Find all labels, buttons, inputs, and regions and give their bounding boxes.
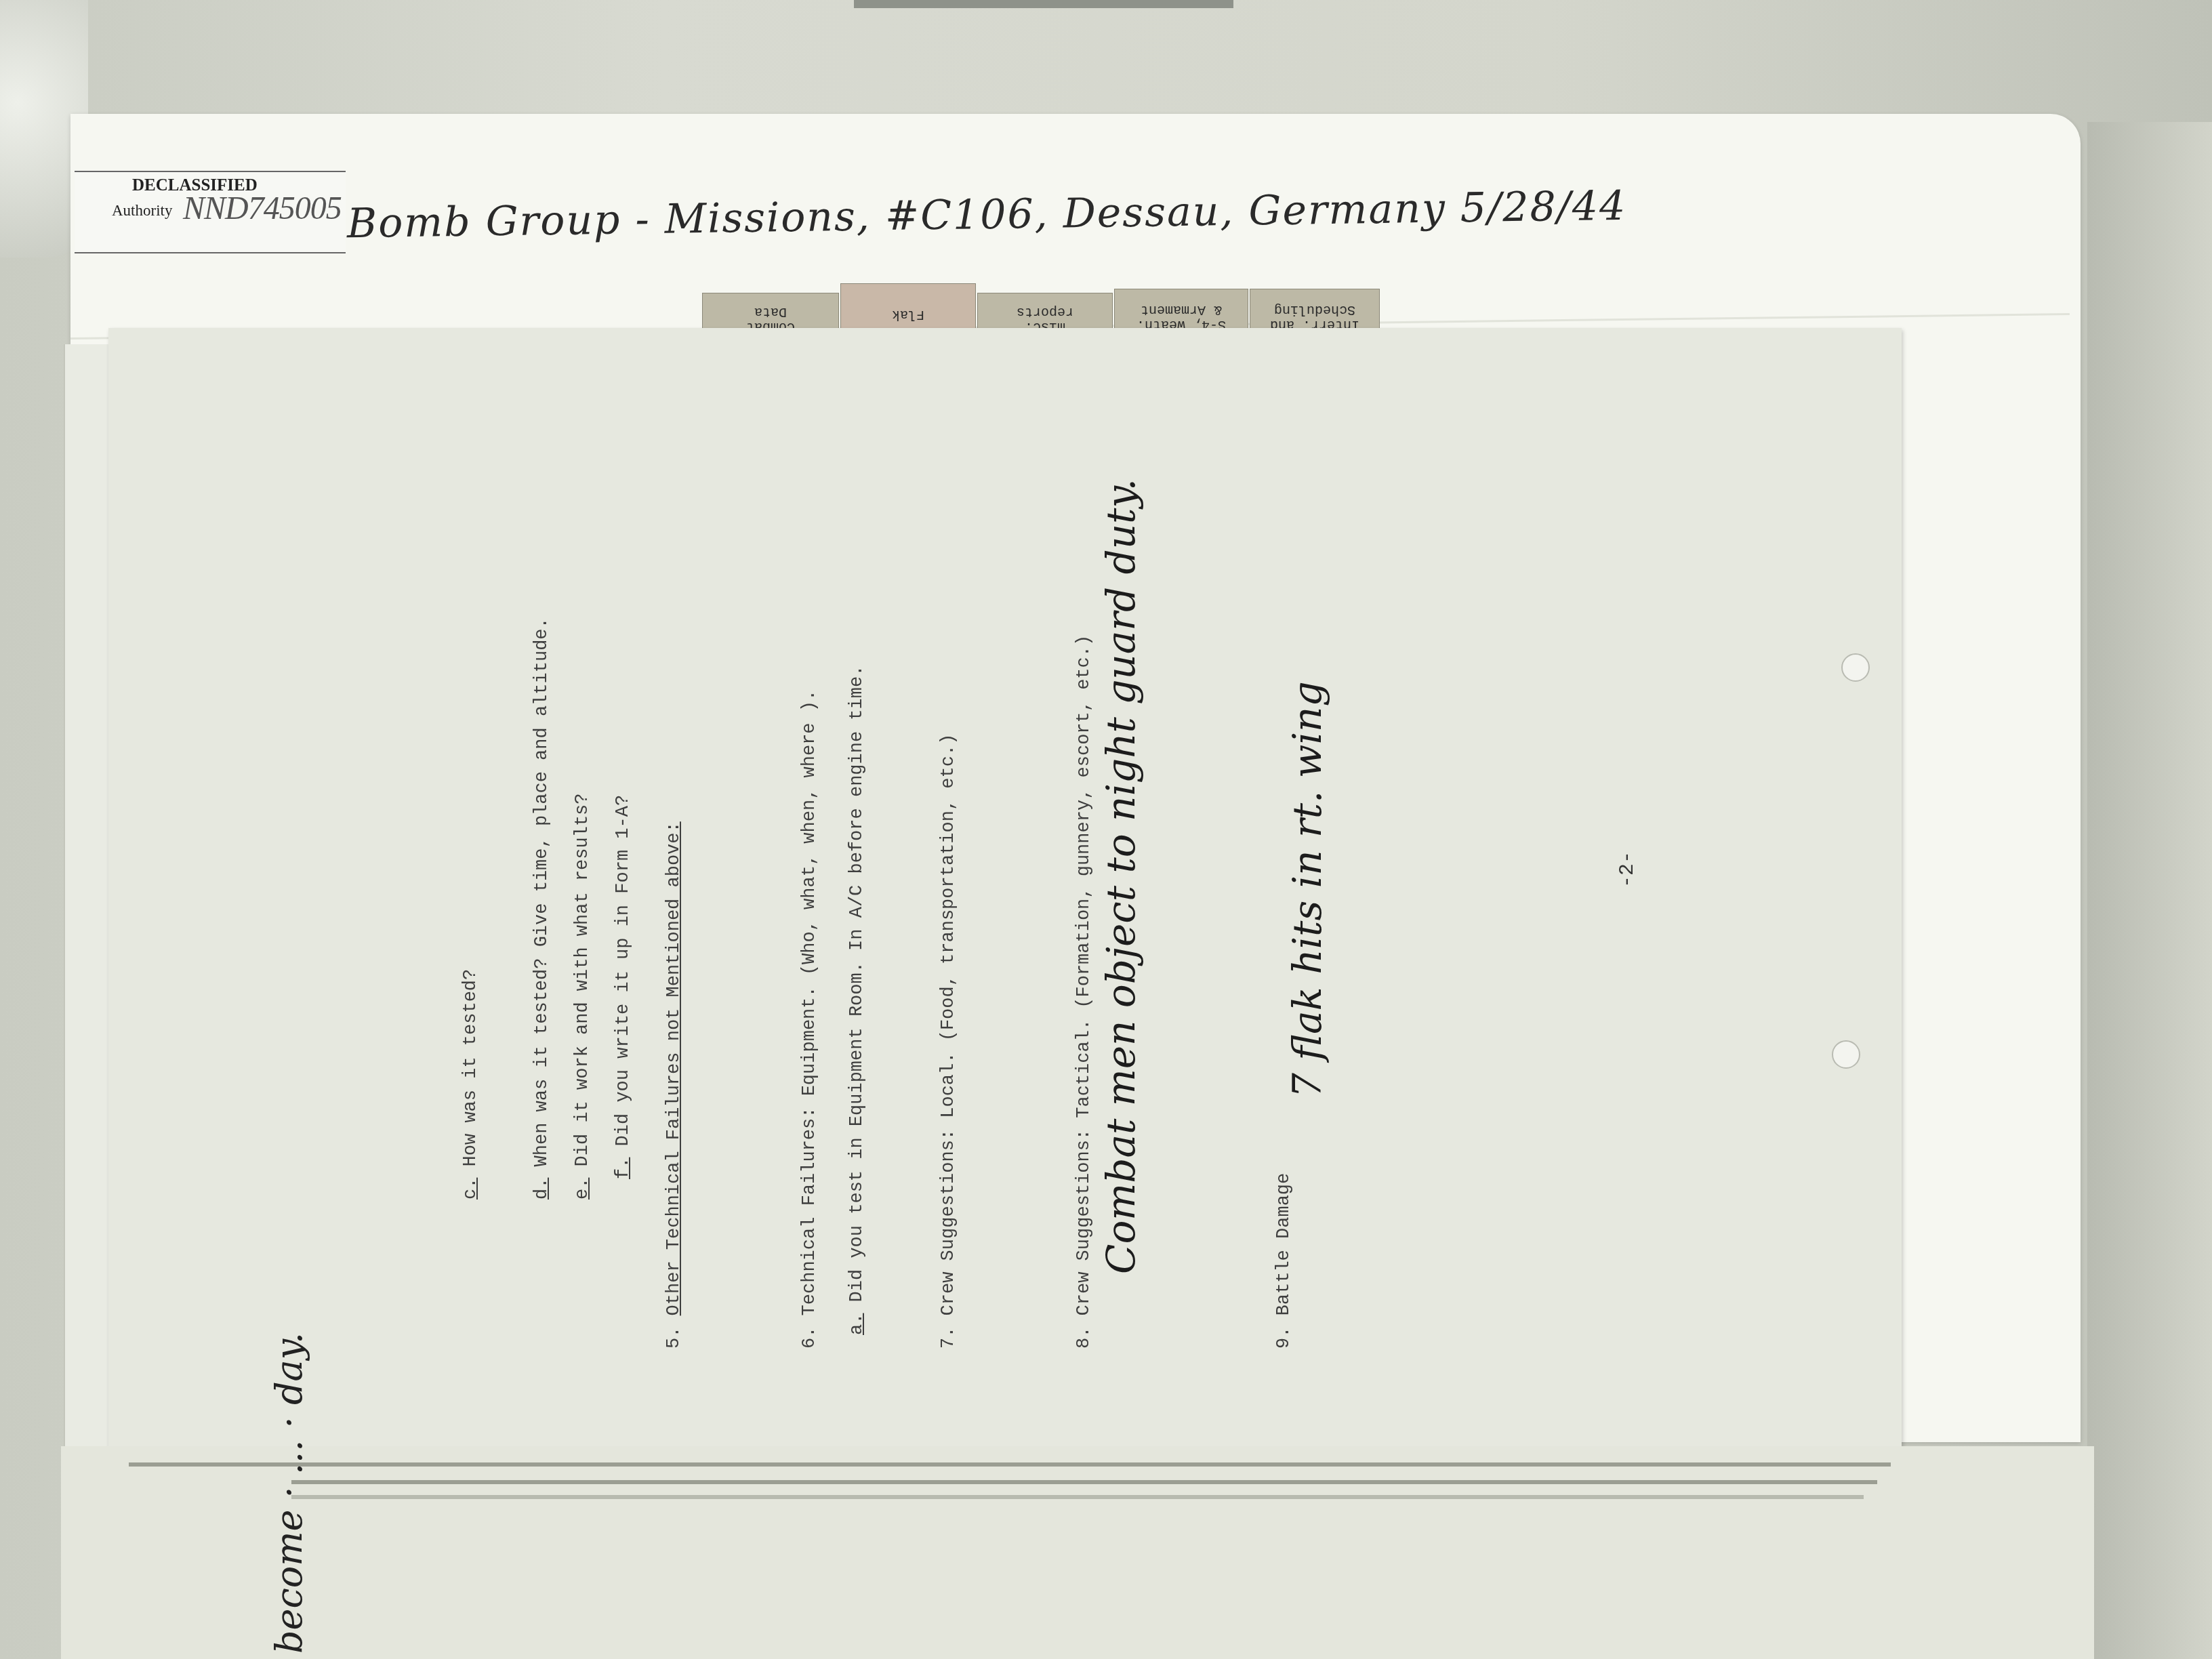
declassified-stamp: DECLASSIFIED Authority NND745005 [75,171,346,253]
item-f: f. Did you write it up in Form 1-A? [613,795,634,1179]
document-page [108,328,1902,1454]
question-7: 7. Crew Suggestions: Local. (Food, trans… [939,734,959,1349]
table-surface [2087,122,2212,1659]
stamp-authority-code: NND745005 [183,190,342,227]
sheet-edge [291,1495,1864,1499]
item-c: c. How was it tested? [461,969,481,1200]
punch-hole [1832,1040,1860,1069]
question-5: 5. Other Technical Failures not Mentione… [664,821,684,1349]
lower-sheet-handwriting: become · ... · day. [268,1332,310,1654]
handwritten-answer-8: Combat men object to night guard duty. [1098,478,1144,1274]
item-d: d. When was it tested? Give time, place … [532,617,552,1200]
question-8: 8. Crew Suggestions: Tactical. (Formatio… [1074,635,1094,1349]
question-6: 6. Technical Failures: Equipment. (Who, … [800,690,820,1349]
page-stack-edge [64,344,112,1456]
lower-document-stack [61,1446,2094,1659]
stamp-authority-label: Authority [112,202,172,220]
page-number: -2- [1616,851,1639,888]
punch-hole [1841,653,1870,682]
sheet-edge [129,1462,1891,1467]
sheet-edge [291,1480,1877,1484]
question-9: 9. Battle Damage [1274,1173,1294,1349]
question-6a: a. Did you test in Equipment Room. In A/… [847,665,867,1335]
handwritten-answer-9: 7 flak hits in rt. wing [1284,681,1330,1098]
item-e: e. Did it work and with what results? [573,794,593,1200]
background-strip [854,0,1233,8]
